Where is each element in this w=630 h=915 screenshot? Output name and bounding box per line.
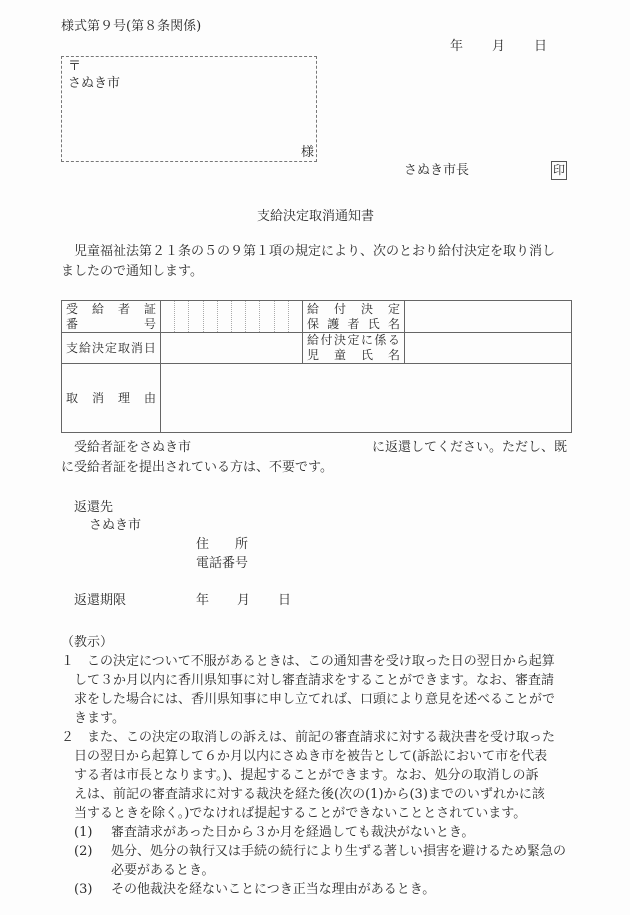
intro-line-2: ましたので通知します。 bbox=[61, 262, 555, 282]
return-deadline-day: 日 bbox=[278, 594, 291, 607]
instructions-list: １この決定について不服があるときは、この通知書を受け取った日の翌日から起算して３… bbox=[61, 652, 566, 899]
cert-digit-box[interactable] bbox=[175, 301, 189, 332]
label-char: 理 bbox=[118, 391, 130, 406]
label-char: 定 bbox=[388, 302, 400, 317]
label-cancellation-reason: 取消理由 bbox=[62, 364, 161, 433]
return-deadline-label: 返還期限 bbox=[74, 594, 126, 607]
label-char: 番 bbox=[66, 317, 78, 332]
document-title: 支給決定取消通知書 bbox=[257, 210, 374, 223]
label-char: 名 bbox=[388, 348, 400, 363]
recipient-honorific: 様 bbox=[301, 146, 314, 159]
instruction-line: 当するときを除く。)でなければ提起することができないこととされています。 bbox=[61, 804, 566, 823]
cancellation-date-field[interactable] bbox=[161, 333, 303, 364]
return-dest-phone-label: 電話番号 bbox=[196, 557, 248, 570]
label-char: 給 bbox=[92, 302, 104, 317]
intro-line-1: 児童福祉法第２１条の５の９第１項の規定により、次のとおり給付決定を取り消し bbox=[61, 242, 555, 262]
instruction-line: 日の翌日から起算して６か月以内にさぬき市を被告として(訴訟において市を代表 bbox=[61, 747, 566, 766]
return-deadline-year: 年 bbox=[196, 594, 209, 607]
label-char: 者 bbox=[118, 302, 130, 317]
label-cancellation-date: 支給決定取消日 bbox=[62, 333, 161, 364]
label-char: 給 bbox=[307, 302, 319, 317]
cert-digit-box[interactable] bbox=[189, 301, 203, 332]
label-child-name: 給付決定に係る 児童氏名 bbox=[303, 333, 405, 364]
label-recipient-cert-number: 受給者証 番号 bbox=[62, 301, 161, 333]
cert-digit-box[interactable] bbox=[232, 301, 246, 332]
label-char: 付 bbox=[320, 333, 332, 348]
label-char: 定 bbox=[347, 333, 359, 348]
child-name-field[interactable] bbox=[405, 333, 572, 364]
return-notice-line1-b: に返還してください。ただし、既 bbox=[372, 438, 567, 458]
label-char: 係 bbox=[374, 333, 386, 348]
return-notice: 受給者証をさぬき市 に返還してください。ただし、既 に受給者証を提出されている方… bbox=[61, 438, 585, 478]
label-char: 証 bbox=[144, 302, 156, 317]
return-notice-line1-a: 受給者証をさぬき市 bbox=[74, 440, 191, 455]
label-char: 児 bbox=[307, 348, 319, 363]
recipient-cert-number-field[interactable] bbox=[161, 301, 303, 333]
label-char: 決 bbox=[334, 333, 346, 348]
instruction-number: １ bbox=[61, 652, 87, 671]
return-dest-address-label: 住 所 bbox=[196, 538, 248, 551]
instruction-number: ２ bbox=[61, 728, 87, 747]
label-char: 護 bbox=[327, 317, 339, 332]
label-char: 保 bbox=[307, 317, 319, 332]
label-char: 給 bbox=[79, 341, 91, 356]
label-char: 氏 bbox=[361, 348, 373, 363]
label-char: 者 bbox=[347, 317, 359, 332]
label-char: 日 bbox=[144, 341, 156, 356]
label-char: る bbox=[388, 333, 400, 348]
issuer-name: さぬき市長 bbox=[404, 164, 469, 177]
sub-item-number: (3) bbox=[74, 880, 111, 899]
issue-date-year: 年 bbox=[450, 40, 463, 53]
instruction-line: えは、前記の審査請求に対する裁決を経た後(次の(1)から(3)までのいずれかに該 bbox=[61, 785, 566, 804]
recipient-city: さぬき市 bbox=[68, 77, 120, 90]
label-char: 童 bbox=[334, 348, 346, 363]
instruction-sub-line: (1)審査請求があった日から３か月を経過しても裁決がないとき。 bbox=[61, 823, 566, 842]
instruction-sub-line: 必要があるとき。 bbox=[61, 861, 566, 880]
return-dest-city: さぬき市 bbox=[89, 519, 141, 532]
intro-paragraph: 児童福祉法第２１条の５の９第１項の規定により、次のとおり給付決定を取り消し まし… bbox=[61, 242, 555, 282]
label-char: 由 bbox=[144, 391, 156, 406]
cert-digit-box[interactable] bbox=[289, 301, 302, 332]
cert-digit-box[interactable] bbox=[161, 301, 175, 332]
return-notice-line2: に受給者証を提出されている方は、不要です。 bbox=[61, 458, 585, 478]
label-char: 消 bbox=[131, 341, 143, 356]
cert-digit-box[interactable] bbox=[218, 301, 232, 332]
postal-mark-icon: 〒 bbox=[68, 60, 81, 73]
sub-item-number: (1) bbox=[74, 823, 111, 842]
instruction-line: して３か月以内に香川県知事に対し審査請求をすることができます。なお、審査請 bbox=[61, 671, 566, 690]
label-char: 取 bbox=[66, 391, 78, 406]
cert-digit-box[interactable] bbox=[260, 301, 274, 332]
label-char: に bbox=[361, 333, 373, 348]
label-char: 決 bbox=[361, 302, 373, 317]
issue-date-day: 日 bbox=[534, 40, 547, 53]
label-char: 名 bbox=[388, 317, 400, 332]
label-char: 号 bbox=[144, 317, 156, 332]
instruction-line: １この決定について不服があるときは、この通知書を受け取った日の翌日から起算 bbox=[61, 652, 566, 671]
cancellation-reason-field[interactable] bbox=[161, 364, 572, 433]
instruction-line: する者は市長となります。)、提起することができます。なお、処分の取消しの訴 bbox=[61, 766, 566, 785]
label-char: 定 bbox=[105, 341, 117, 356]
label-char: 決 bbox=[92, 341, 104, 356]
return-dest-heading: 返還先 bbox=[74, 501, 113, 514]
label-char: 支 bbox=[66, 341, 78, 356]
instructions-heading: （教示） bbox=[61, 636, 113, 649]
label-char: 給 bbox=[307, 333, 319, 348]
guardian-name-field[interactable] bbox=[405, 301, 572, 333]
label-char: 氏 bbox=[368, 317, 380, 332]
instruction-sub-line: (2)処分、処分の執行又は手続の続行により生ずる著しい損害を避けるため緊急の bbox=[61, 842, 566, 861]
form-number: 様式第９号(第８条関係) bbox=[61, 20, 201, 33]
cancellation-table: 受給者証 番号 給付決定 保護者氏名 支給決定取消日 給付決定に係る 児童氏名 bbox=[61, 300, 572, 433]
cert-digit-box[interactable] bbox=[246, 301, 260, 332]
label-char: 消 bbox=[92, 391, 104, 406]
instruction-line: きます。 bbox=[61, 709, 566, 728]
sub-item-number: (2) bbox=[74, 842, 111, 861]
label-guardian-name: 給付決定 保護者氏名 bbox=[303, 301, 405, 333]
issue-date-month: 月 bbox=[492, 40, 505, 53]
recipient-address-box: 〒 さぬき市 様 bbox=[61, 56, 317, 162]
instruction-sub-line: (3)その他裁決を経ないことにつき正当な理由があるとき。 bbox=[61, 880, 566, 899]
cert-digit-box[interactable] bbox=[275, 301, 289, 332]
seal-mark: 印 bbox=[551, 161, 567, 180]
instruction-line: 求をした場合には、香川県知事に申し立てれば、口頭により意見を述べることがで bbox=[61, 690, 566, 709]
return-deadline-month: 月 bbox=[237, 594, 250, 607]
label-char: 受 bbox=[66, 302, 78, 317]
instruction-line: ２また、この決定の取消しの訴えは、前記の審査請求に対する裁決書を受け取った bbox=[61, 728, 566, 747]
label-char: 付 bbox=[334, 302, 346, 317]
cert-digit-box[interactable] bbox=[204, 301, 218, 332]
label-char: 取 bbox=[118, 341, 130, 356]
